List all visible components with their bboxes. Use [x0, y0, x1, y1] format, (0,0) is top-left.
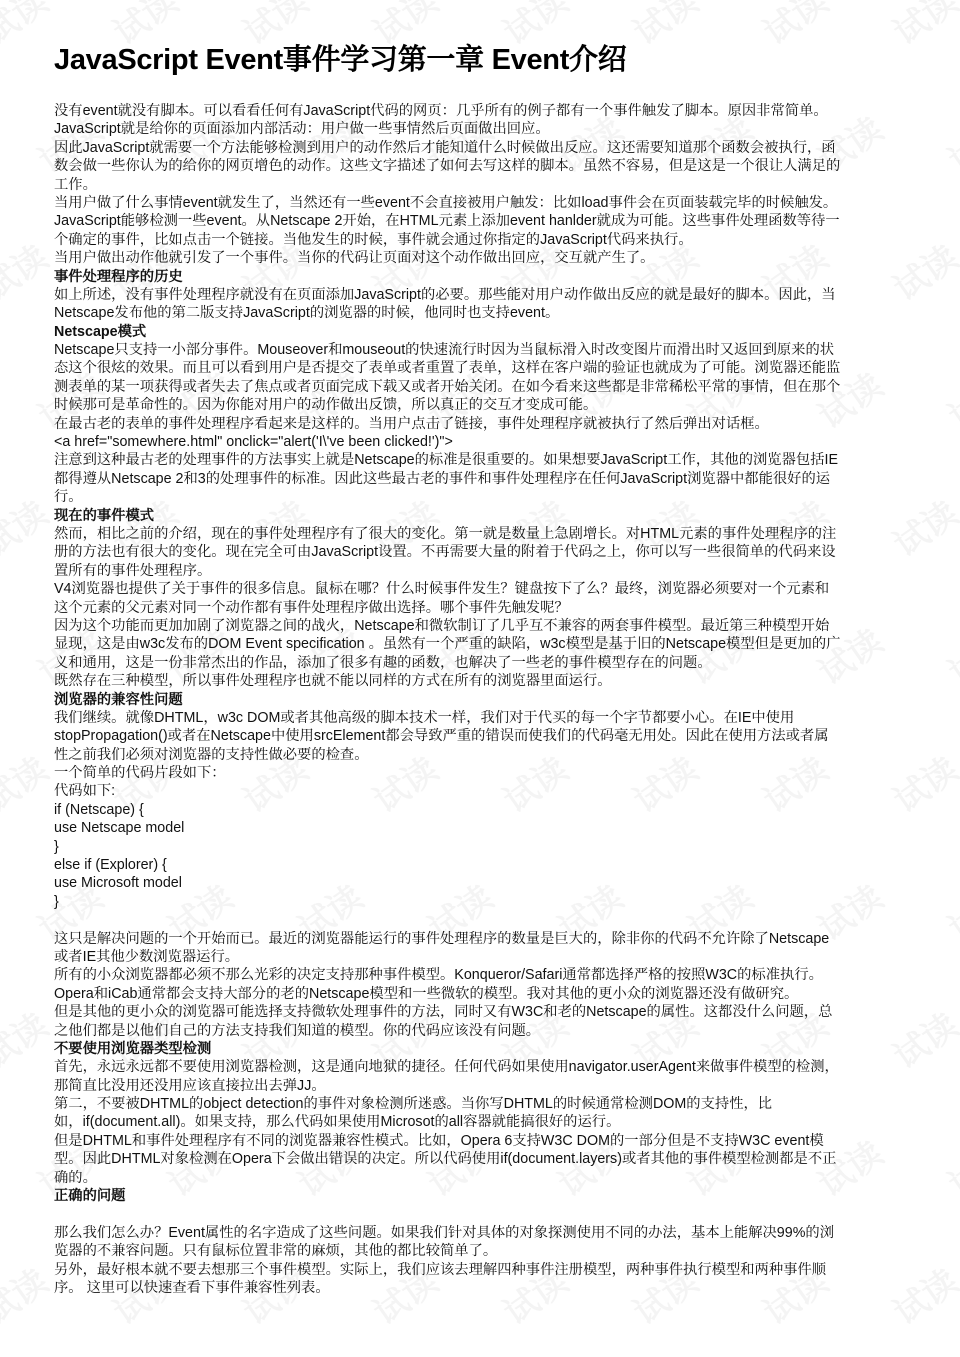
text-line: 册的方法也有很大的变化。现在完全可由JavaScript设置。不再需要大量的附着… [54, 543, 914, 561]
text-line: 浏览器的兼容性问题 [54, 691, 914, 709]
watermark-text: 试读 [0, 0, 56, 54]
blank-line [54, 911, 914, 929]
text-line: 事件处理程序的历史 [54, 268, 914, 286]
text-line: 那简直比没用还没用应该直接拉出去弹JJ。 [54, 1077, 914, 1095]
section-heading: 不要使用浏览器类型检测 [54, 1040, 914, 1058]
watermark-text: 试读 [0, 231, 56, 310]
code-line: else if (Explorer) { [54, 856, 914, 874]
text-line: 态这个很炫的效果。而且可以看到用户是否提交了表单或者重置了表单，这样在客户端的验… [54, 359, 914, 377]
watermark-text: 试读 [0, 487, 56, 566]
text-line: 没有event就没有脚本。可以看看任何有JavaScript代码的网页：几乎所有… [54, 102, 914, 120]
paragraph: JavaScript就是给你的页面添加内部活动：用户做一些事情然后页面做出回应。 [54, 120, 914, 138]
paragraph: 这只是解决问题的一个开始而已。最近的浏览器能运行的事件处理程序的数量是巨大的，除… [54, 930, 914, 967]
text-line: 我们继续。就像DHTML，w3c DOM或者其他高级的脚本技术一样，我们对于代买… [54, 709, 914, 727]
paragraph: 然而，相比之前的介绍，现在的事件处理程序有了很大的变化。第一就是数量上急剧增长。… [54, 525, 914, 580]
text-line: 或者IE其他少数浏览器运行。 [54, 948, 914, 966]
text-line: 个确定的事件，比如点击一个链接。当他发生的时候，事件就会通过你指定的JavaSc… [54, 231, 914, 249]
text-line: 数会做一些你认为的给你的网页增色的动作。这些文字描述了如何去写这样的脚本。虽然不… [54, 157, 914, 175]
text-line [54, 911, 914, 929]
document-body: 没有event就没有脚本。可以看看任何有JavaScript代码的网页：几乎所有… [54, 102, 914, 1297]
watermark-text: 试读 [937, 871, 960, 950]
text-line: 之他们都是以他们自己的方法支持我们知道的模型。你的代码应该没有问题。 [54, 1022, 914, 1040]
text-line: 因此JavaScript就需要一个方法能够检测到用户的动作然后才能知道什么时候做… [54, 139, 914, 157]
text-line: 第二，不要被DHTML的object detection的事件对象检测所迷惑。当… [54, 1095, 914, 1113]
text-line: JavaScript就是给你的页面添加内部活动：用户做一些事情然后页面做出回应。 [54, 120, 914, 138]
code-line: } [54, 893, 914, 911]
text-line: Netscape发布他的第二版支持JavaScript的浏览器的时候，他同时也支… [54, 304, 914, 322]
watermark-text: 试读 [937, 1127, 960, 1206]
paragraph: 但是DHTML和事件处理程序有不同的浏览器兼容性模式。比如，Opera 6支持W… [54, 1132, 914, 1187]
text-line: 因为这个功能而更加加剧了浏览器之间的战火，Netscape和微软制订了几乎互不兼… [54, 617, 914, 635]
code-line: if (Netscape) { [54, 801, 914, 819]
text-line: V4浏览器也提供了关于事件的很多信息。鼠标在哪？什么时候事件发生？键盘按下了么？… [54, 580, 914, 598]
text-line: 如上所述，没有事件处理程序就没有在页面添加JavaScript的必要。那些能对用… [54, 286, 914, 304]
paragraph: 当用户做出动作他就引发了一个事件。当你的代码让页面对这个动作做出回应，交互就产生… [54, 249, 914, 267]
paragraph: 另外，最好根本就不要去想那三个事件模型。实际上，我们应该去理解四种事件注册模型，… [54, 1261, 914, 1298]
text-line: 工作。 [54, 176, 914, 194]
watermark-text: 试读 [937, 615, 960, 694]
text-line: 现在的事件模式 [54, 507, 914, 525]
document-page: JavaScript Event事件学习第一章 Event介绍 没有event就… [54, 40, 914, 1297]
text-line: 所有的小众浏览器都必须不那么光彩的决定支持那种事件模型。Konqueror/Sa… [54, 966, 914, 984]
section-heading: 事件处理程序的历史 [54, 268, 914, 286]
paragraph: 首先，永远永远都不要使用浏览器检测，这是通向地狱的捷径。任何代码如果使用navi… [54, 1058, 914, 1095]
text-line: 如，if(document.all)。如果支持，那么代码如果使用Microsot… [54, 1113, 914, 1131]
text-line: 正确的问题 [54, 1187, 914, 1205]
text-line: 那么我们怎么办？Event属性的名字造成了这些问题。如果我们针对具体的对象探测使… [54, 1224, 914, 1242]
paragraph: V4浏览器也提供了关于事件的很多信息。鼠标在哪？什么时候事件发生？键盘按下了么？… [54, 580, 914, 617]
text-line: 注意到这种最古老的处理事件的方法事实上就是Netscape的标准是很重要的。如果… [54, 451, 914, 469]
blank-line [54, 1205, 914, 1223]
text-line [54, 1205, 914, 1223]
text-line: 时候那可是革命性的。因为你能对用户的动作做出反馈，所以真正的交互才变成可能。 [54, 396, 914, 414]
paragraph: 在最古老的表单的事件处理程序看起来是这样的。当用户点击了链接，事件处理程序就被执… [54, 415, 914, 433]
text-line: Netscape模式 [54, 323, 914, 341]
text-line: 型。因此DHTML对象检测在Opera下会做出错误的决定。所以代码使用if(do… [54, 1150, 914, 1168]
text-line: 确的。 [54, 1169, 914, 1187]
text-line: 行。 [54, 488, 914, 506]
watermark-text: 试读 [937, 359, 960, 438]
paragraph: 注意到这种最古老的处理事件的方法事实上就是Netscape的标准是很重要的。如果… [54, 451, 914, 506]
text-line: 另外，最好根本就不要去想那三个事件模型。实际上，我们应该去理解四种事件注册模型，… [54, 1261, 914, 1279]
text-line: 在最古老的表单的事件处理程序看起来是这样的。当用户点击了链接，事件处理程序就被执… [54, 415, 914, 433]
code-line: } [54, 838, 914, 856]
paragraph: 但是其他的更小众的浏览器可能选择支持微软处理事件的方法，同时又有W3C和老的Ne… [54, 1003, 914, 1040]
paragraph: 没有event就没有脚本。可以看看任何有JavaScript代码的网页：几乎所有… [54, 102, 914, 120]
text-line: Netscape只支持一小部分事件。Mouseover和mouseout的快速流… [54, 341, 914, 359]
paragraph: 我们继续。就像DHTML，w3c DOM或者其他高级的脚本技术一样，我们对于代买… [54, 709, 914, 764]
text-line: 览器的不兼容问题。只有鼠标位置非常的麻烦，其他的都比较简单了。 [54, 1242, 914, 1260]
text-line: 这个元素的父元素对同一个动作都有事件处理程序做出选择。哪个事件先触发呢？ [54, 599, 914, 617]
text-line: <a href="somewhere.html" onclick="alert(… [54, 433, 914, 451]
watermark-text: 试读 [0, 999, 56, 1078]
text-line: 不要使用浏览器类型检测 [54, 1040, 914, 1058]
text-line: 代码如下: [54, 782, 914, 800]
paragraph: 当用户做了什么事情event就发生了，当然还有一些event不会直接被用户触发：… [54, 194, 914, 212]
text-line: 既然存在三种模型，所以事件处理程序也就不能以同样的方式在所有的浏览器里面运行。 [54, 672, 914, 690]
text-line: 序。 这里可以快速查看下事件兼容性列表。 [54, 1279, 914, 1297]
text-line: stopPropagation()或者在Netscape中使用srcElemen… [54, 727, 914, 745]
paragraph: JavaScript能够检测一些event。从Netscape 2开始，在HTM… [54, 212, 914, 249]
watermark-text: 试读 [937, 103, 960, 182]
text-line: 置所有的事件处理程序。 [54, 562, 914, 580]
paragraph: 第二，不要被DHTML的object detection的事件对象检测所迷惑。当… [54, 1095, 914, 1132]
text-line: 这只是解决问题的一个开始而已。最近的浏览器能运行的事件处理程序的数量是巨大的，除… [54, 930, 914, 948]
section-heading: 浏览器的兼容性问题 [54, 691, 914, 709]
text-line: JavaScript能够检测一些event。从Netscape 2开始，在HTM… [54, 212, 914, 230]
paragraph: Netscape只支持一小部分事件。Mouseover和mouseout的快速流… [54, 341, 914, 415]
text-line: 首先，永远永远都不要使用浏览器检测，这是通向地狱的捷径。任何代码如果使用navi… [54, 1058, 914, 1076]
section-heading: Netscape模式 [54, 323, 914, 341]
document-title: JavaScript Event事件学习第一章 Event介绍 [54, 40, 914, 80]
text-line: Opera和iCab通常都会支持大部分的老的Netscape模型和一些微软的模型… [54, 985, 914, 1003]
text-line: 显现，这是由w3c发布的DOM Event specification 。虽然有… [54, 635, 914, 653]
section-heading: 现在的事件模式 [54, 507, 914, 525]
text-line: 当用户做了什么事情event就发生了，当然还有一些event不会直接被用户触发：… [54, 194, 914, 212]
text-line: 但是DHTML和事件处理程序有不同的浏览器兼容性模式。比如，Opera 6支持W… [54, 1132, 914, 1150]
text-line: 一个简单的代码片段如下： [54, 764, 914, 782]
text-line: 当用户做出动作他就引发了一个事件。当你的代码让页面对这个动作做出回应，交互就产生… [54, 249, 914, 267]
text-line: 义和通用，这是一份非常杰出的作品，添加了很多有趣的函数，也解决了一些老的事件模型… [54, 654, 914, 672]
paragraph: 既然存在三种模型，所以事件处理程序也就不能以同样的方式在所有的浏览器里面运行。 [54, 672, 914, 690]
code-block: if (Netscape) {use Netscape model}else i… [54, 801, 914, 911]
paragraph: 代码如下: [54, 782, 914, 800]
section-heading: 正确的问题 [54, 1187, 914, 1205]
code-line: use Microsoft model [54, 874, 914, 892]
paragraph: 因此JavaScript就需要一个方法能够检测到用户的动作然后才能知道什么时候做… [54, 139, 914, 194]
paragraph: <a href="somewhere.html" onclick="alert(… [54, 433, 914, 451]
text-line: 然而，相比之前的介绍，现在的事件处理程序有了很大的变化。第一就是数量上急剧增长。… [54, 525, 914, 543]
watermark-text: 试读 [0, 1255, 56, 1334]
text-line: 性之前我们必须对浏览器的支持性做必要的检查。 [54, 746, 914, 764]
text-line: 都得遵从Netscape 2和3的处理事件的标准。因此这些最古老的事件和事件处理… [54, 470, 914, 488]
text-line: 测表单的某一项获得或者失去了焦点或者页面完成下载又或者开始关闭。在如今看来这些都… [54, 378, 914, 396]
paragraph: 一个简单的代码片段如下： [54, 764, 914, 782]
text-line: 但是其他的更小众的浏览器可能选择支持微软处理事件的方法，同时又有W3C和老的Ne… [54, 1003, 914, 1021]
paragraph: 因为这个功能而更加加剧了浏览器之间的战火，Netscape和微软制订了几乎互不兼… [54, 617, 914, 672]
paragraph: 那么我们怎么办？Event属性的名字造成了这些问题。如果我们针对具体的对象探测使… [54, 1224, 914, 1261]
watermark-text: 试读 [0, 743, 56, 822]
paragraph: 所有的小众浏览器都必须不那么光彩的决定支持那种事件模型。Konqueror/Sa… [54, 966, 914, 1003]
code-line: use Netscape model [54, 819, 914, 837]
paragraph: 如上所述，没有事件处理程序就没有在页面添加JavaScript的必要。那些能对用… [54, 286, 914, 323]
